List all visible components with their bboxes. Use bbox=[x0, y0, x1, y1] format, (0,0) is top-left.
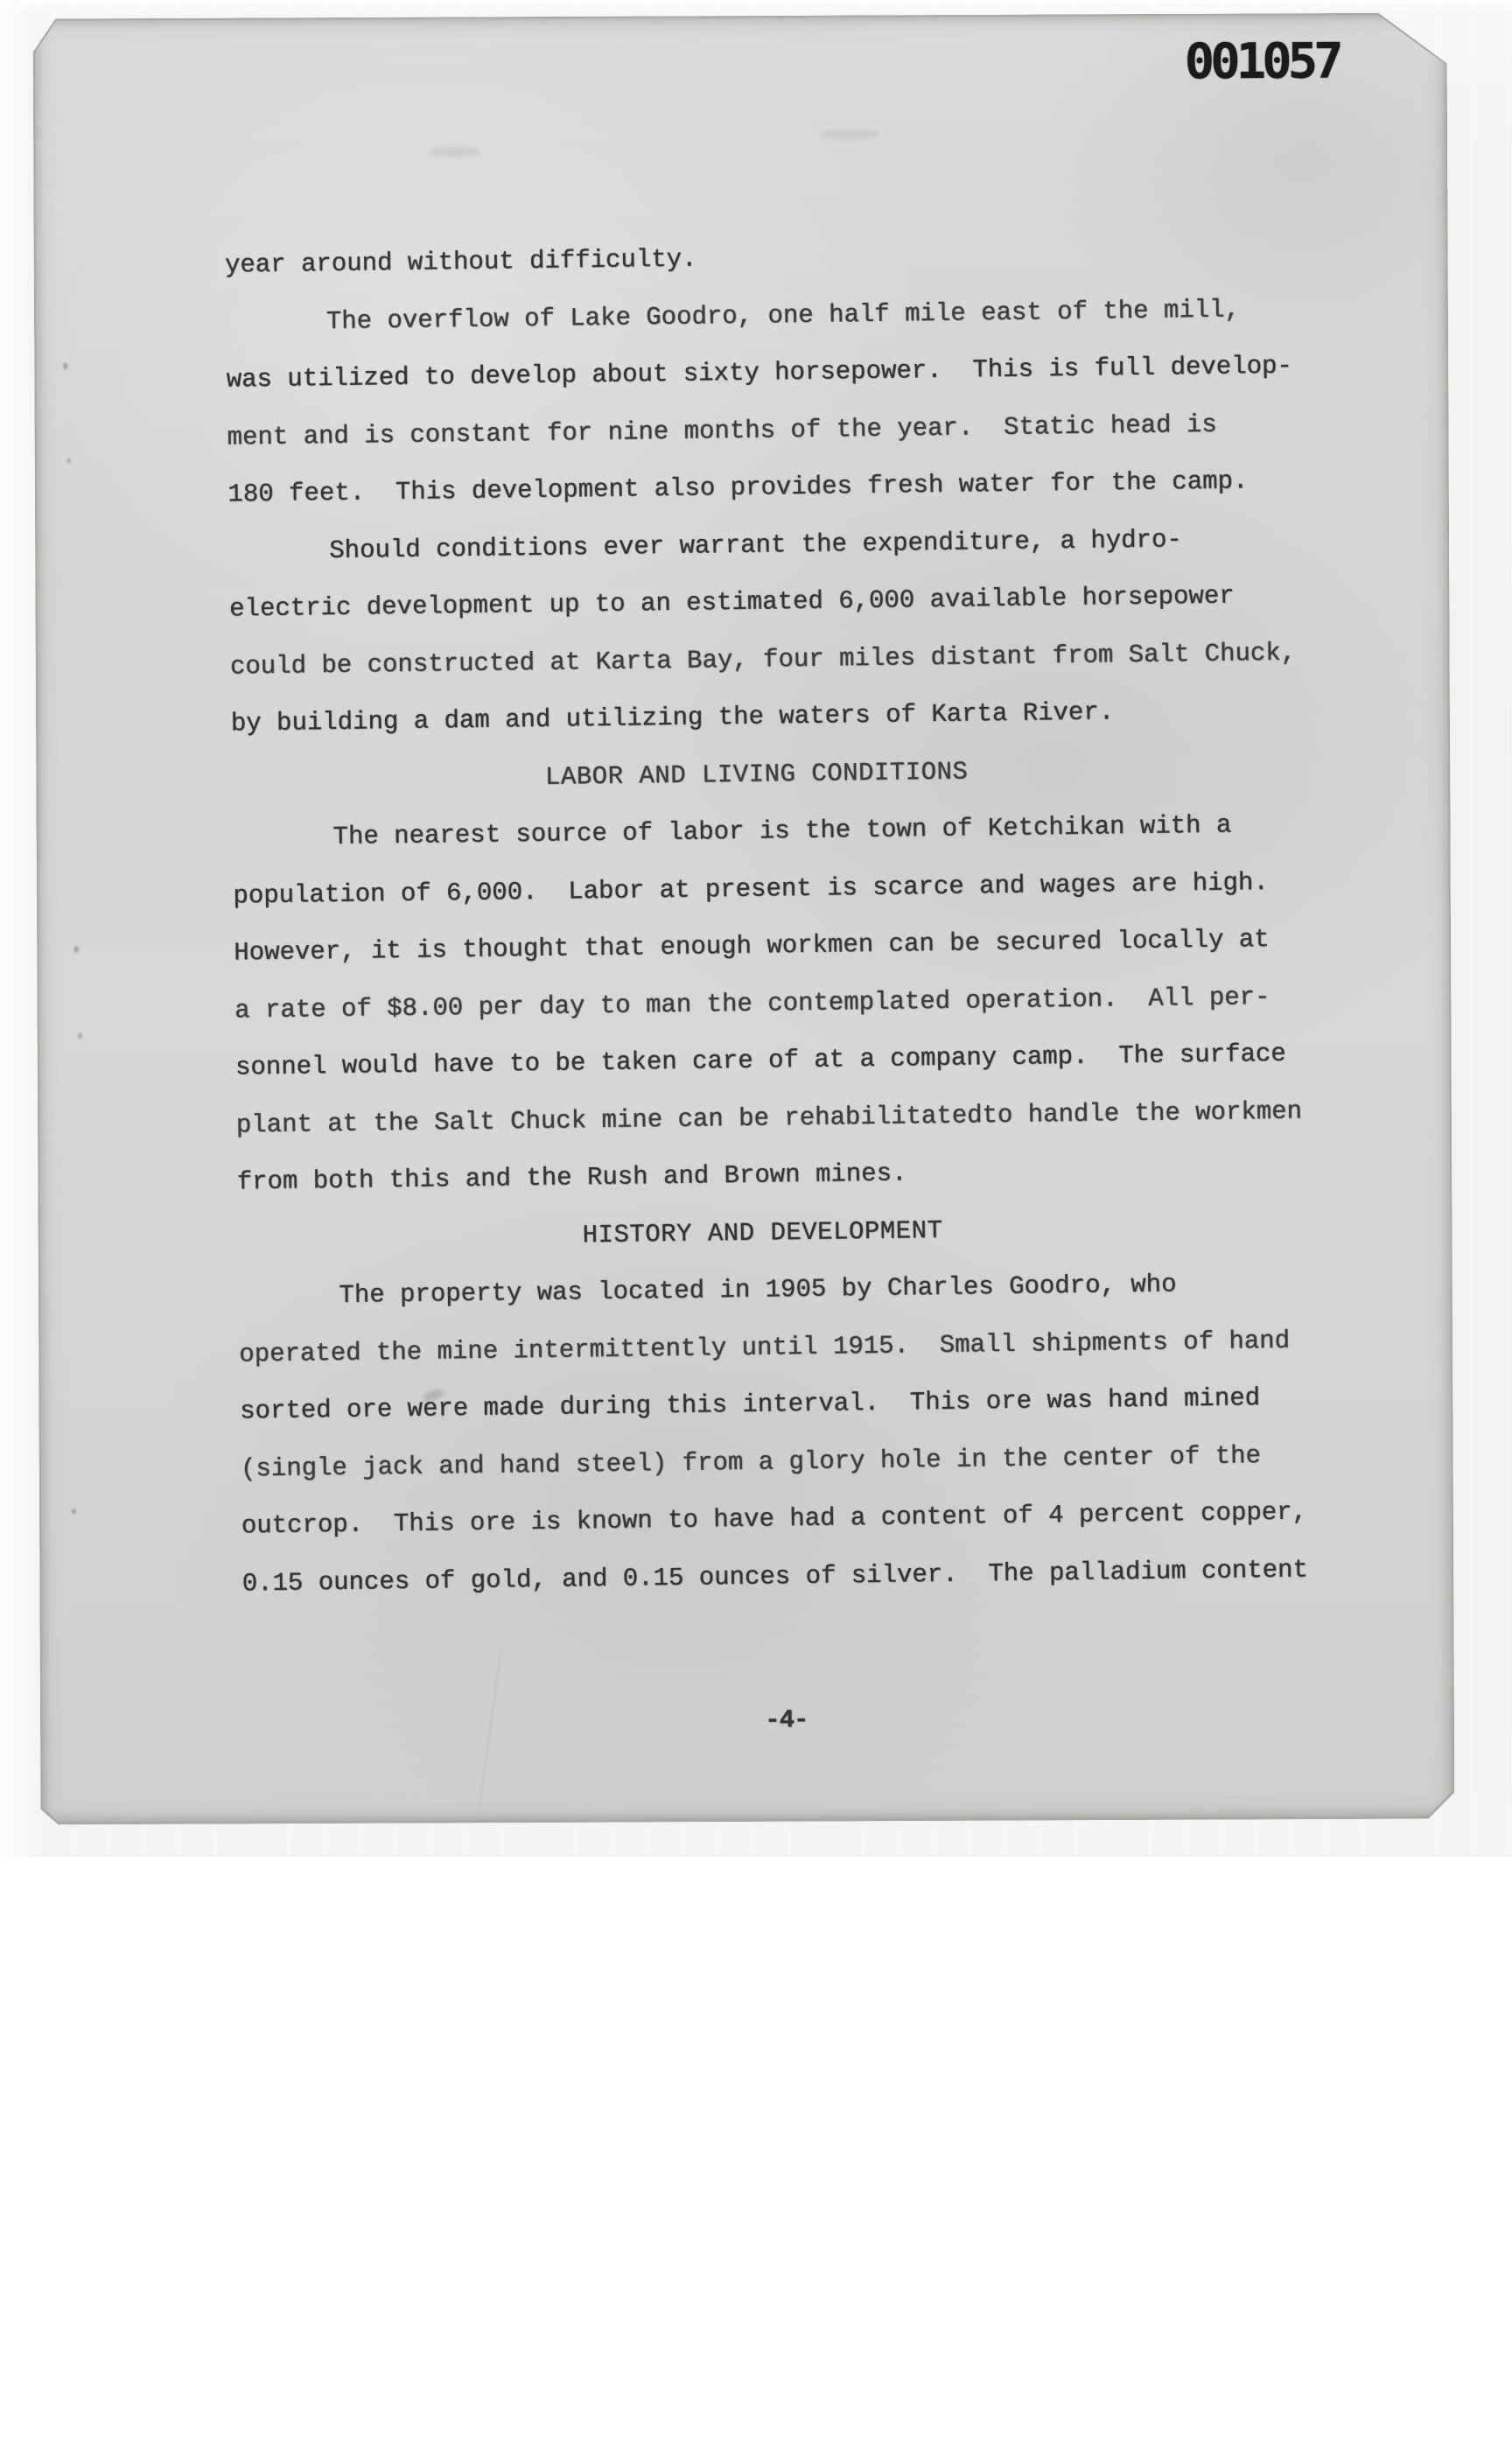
margin-speck bbox=[67, 458, 71, 463]
margin-speck bbox=[72, 1508, 76, 1514]
document-number-stamp: 001057 bbox=[1185, 33, 1340, 90]
paper-sheet: 001057 year around without difficulty.Th… bbox=[33, 12, 1455, 1824]
margin-speck bbox=[73, 946, 79, 952]
typewritten-text: year around without difficulty.The overf… bbox=[225, 222, 1330, 1756]
pencil-smudge bbox=[429, 146, 481, 157]
pencil-smudge bbox=[819, 129, 880, 139]
typewritten-lines: year around without difficulty.The overf… bbox=[225, 222, 1327, 1612]
page-number: -4- bbox=[243, 1684, 1329, 1756]
scanned-document-page: { "document": { "stamp": "001057", "page… bbox=[0, 0, 1512, 2450]
paper-surface: 001057 year around without difficulty.Th… bbox=[35, 14, 1453, 1822]
margin-speck bbox=[79, 1032, 82, 1039]
margin-speck bbox=[63, 362, 67, 369]
scanner-top-strip bbox=[0, 0, 1512, 14]
